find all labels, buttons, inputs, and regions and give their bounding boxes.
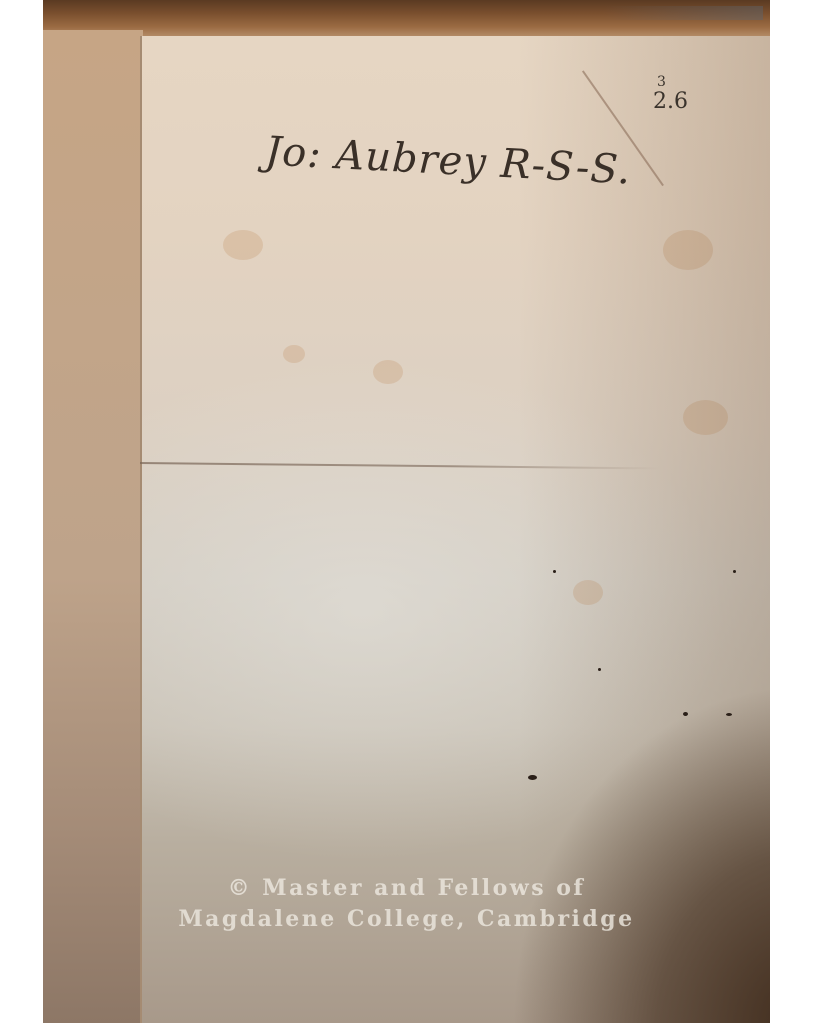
ink-speck bbox=[683, 712, 688, 716]
book-flyleaf-photo: 3 2.6 Jo: Aubrey R-S-S. © Master and Fel… bbox=[43, 0, 770, 1023]
ink-speck bbox=[598, 668, 601, 671]
copyright-watermark: © Master and Fellows of Magdalene Colleg… bbox=[43, 873, 770, 935]
ink-speck bbox=[726, 713, 732, 716]
ink-speck bbox=[733, 570, 736, 573]
ink-speck bbox=[553, 570, 556, 573]
watermark-line-1: © Master and Fellows of bbox=[43, 873, 770, 904]
ink-speck bbox=[528, 775, 537, 780]
shelfmark-number: 2.6 bbox=[653, 89, 688, 114]
shelfmark-annotation: 3 2.6 bbox=[653, 72, 688, 112]
watermark-line-2: Magdalene College, Cambridge bbox=[43, 904, 770, 935]
leather-binding-edge bbox=[43, 0, 770, 38]
